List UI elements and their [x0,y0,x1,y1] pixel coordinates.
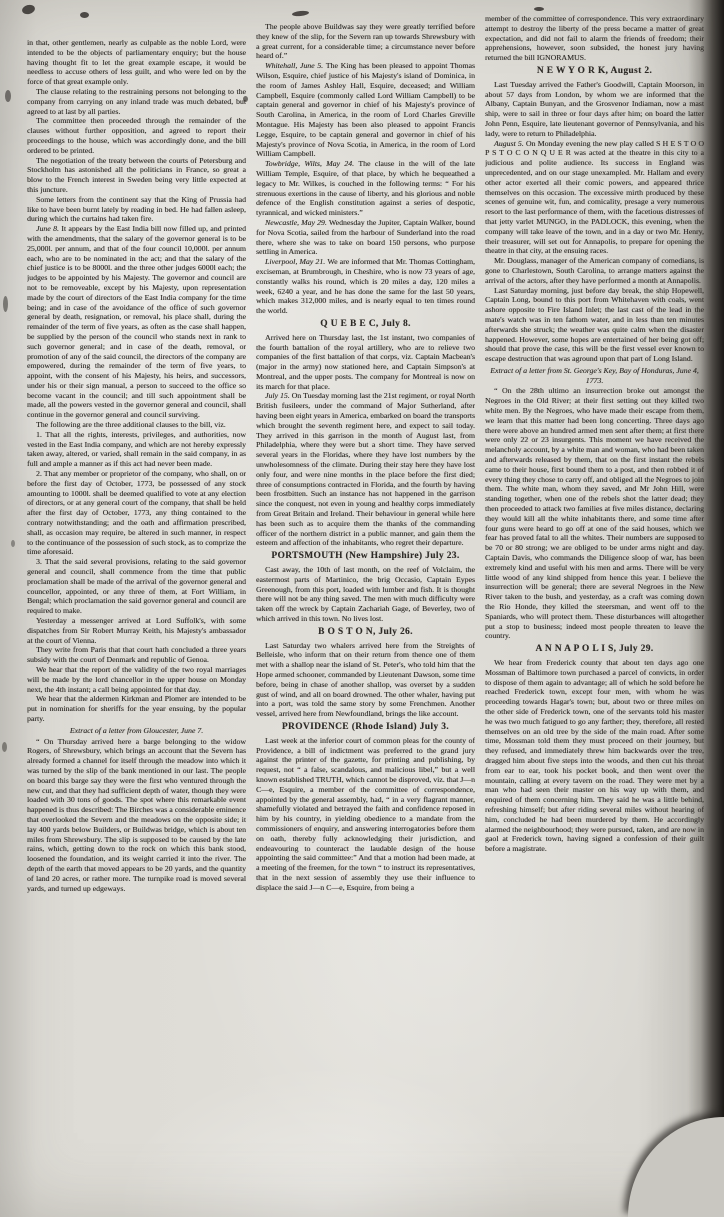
dateline: July 15. [265,391,292,400]
book-gutter-shadow [688,0,724,1217]
paragraph: Last week at the inferior court of commo… [256,736,475,893]
dateline: Liverpool, May 21. [265,257,327,266]
ink-speck [3,296,8,312]
paragraph: 1. That all the rights, interests, privi… [27,430,246,469]
paragraph: “ On the 28th ultimo an insurrection bro… [485,386,704,641]
paragraph: The clause relating to the restraining p… [27,87,246,116]
ink-speck [80,12,89,18]
paragraph: The committee then proceeded through the… [27,116,246,155]
section-headline: A N N A P O L I S, July 29. [485,645,704,655]
paragraph: Liverpool, May 21. We are informed that … [256,257,475,316]
paragraph: They write from Paris that that court ha… [27,645,246,665]
paragraph: Last Tuesday arrived the Father's Goodwi… [485,80,704,139]
paragraph: Whitehall, June 5. The King has been ple… [256,61,475,159]
newspaper-column-2: The people above Buildwas say they were … [256,12,475,1207]
paragraph: The following are the three additional c… [27,420,246,430]
paragraph: We hear from Frederick county that about… [485,658,704,854]
paragraph: The people above Buildwas say they were … [256,22,475,61]
dateline: June 8. [36,224,61,233]
paragraph: Last Saturday morning, just before day b… [485,286,704,364]
paragraph: 3. That the said several provisions, rel… [27,557,246,616]
dateline: August 5. [494,139,526,148]
section-headline: Q U E B E C, July 8. [256,320,475,330]
section-headline: PROVIDENCE (Rhode Island) July 3. [256,723,475,733]
paragraph: 2. That any member or proprietor of the … [27,469,246,557]
paragraph: Cast away, the 10th of last month, on th… [256,565,475,624]
paragraph: Some letters from the continent say that… [27,195,246,224]
paragraph: June 8. It appears by the East India bil… [27,224,246,420]
ink-speck [2,742,7,752]
section-headline: B O S T O N, July 26. [256,628,475,638]
paragraph: Last Saturday two whalers arrived here f… [256,641,475,719]
paragraph: Arrived here on Thursday last, the 1st i… [256,333,475,392]
dateline: Whitehall, June 5. [265,61,326,70]
paragraph: August 5. On Monday evening the new play… [485,139,704,257]
paragraph: “ On Thursday arrived here a barge belon… [27,737,246,894]
newspaper-column-3: member of the committee of correspondenc… [485,12,704,1199]
section-headline: N E W Y O R K, August 2. [485,67,704,77]
paragraph: Mr. Douglass, manager of the American co… [485,256,704,285]
paragraph: Yesterday a messenger arrived at Lord Su… [27,616,246,645]
paragraph: We hear that the aldermen Kirkman and Pl… [27,694,246,723]
ink-speck [243,96,248,102]
paragraph: member of the committee of correspondenc… [485,14,704,63]
paragraph: The negotiation of the treaty between th… [27,156,246,195]
paragraph: Towbridge, Wilts, May 24. The clause in … [256,159,475,218]
ink-speck [5,90,11,102]
paragraph: We hear that the report of the validity … [27,665,246,694]
text-columns: in that, other gentlemen, nearly as culp… [27,12,704,1217]
dateline: Towbridge, Wilts, May 24. [265,159,358,168]
dateline: Newcastle, May 29. [265,218,329,227]
extract-caption: Extract of a letter from St. George's Ke… [485,366,704,386]
newspaper-page: in that, other gentlemen, nearly as culp… [0,0,724,1217]
paragraph: July 15. On Tuesday morning last the 21s… [256,391,475,548]
paragraph: Newcastle, May 29. Wednesday the Jupiter… [256,218,475,257]
paragraph: in that, other gentlemen, nearly as culp… [27,38,246,87]
section-headline: PORTSMOUTH (New Hampshire) July 23. [256,552,475,562]
newspaper-column-1: in that, other gentlemen, nearly as culp… [27,12,246,1217]
extract-caption: Extract of a letter from Gloucester, Jun… [27,726,246,736]
ink-speck [534,7,544,11]
ink-speck [11,540,15,547]
